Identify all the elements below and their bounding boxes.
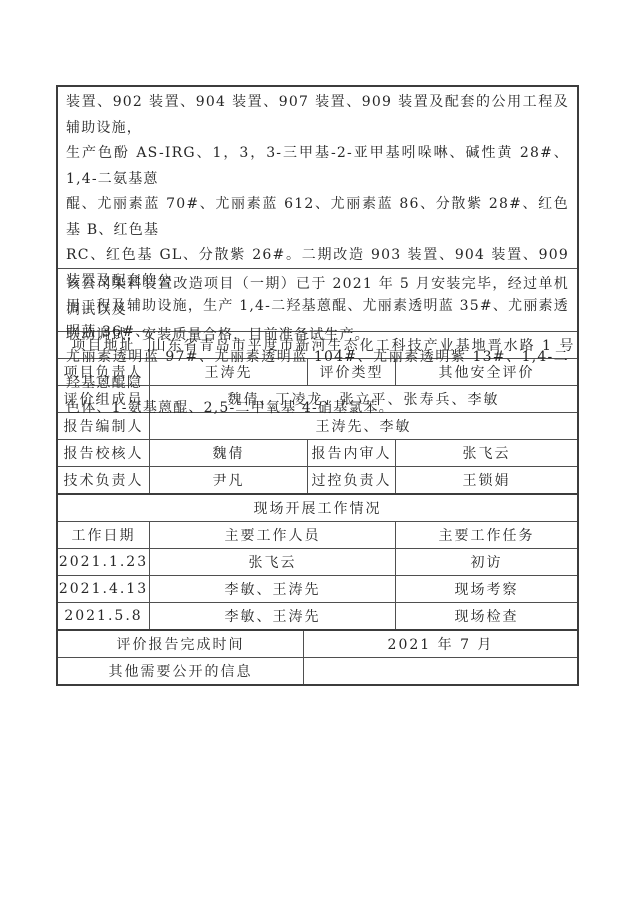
internal-reviewer-value: 张飞云 bbox=[395, 440, 577, 466]
work-date: 2021.5.8 bbox=[58, 603, 149, 629]
eval-type-value: 其他安全评价 bbox=[395, 359, 577, 385]
work-date: 2021.4.13 bbox=[58, 576, 149, 602]
work-task-header: 主要工作任务 bbox=[395, 522, 577, 548]
project-scope-paragraph: 装置、902 装置、904 装置、907 装置、909 装置及配套的公用工程及辅… bbox=[58, 87, 577, 268]
site-work-row-2: 2021.4.13 李敏、王涛先 现场考察 bbox=[58, 575, 577, 602]
project-address-label: 项目地址 bbox=[58, 332, 149, 358]
project-manager-label: 项目负责人 bbox=[58, 359, 149, 385]
work-people: 张飞云 bbox=[149, 549, 395, 575]
work-task: 现场考察 bbox=[395, 576, 577, 602]
report-proofreader-label: 报告校核人 bbox=[58, 440, 149, 466]
site-work-section-row: 现场开展工作情况 bbox=[58, 493, 577, 521]
project-status-paragraph: 该公司染料装置改造项目（一期）已于 2021 年 5 月安装完毕，经过单机调试以… bbox=[58, 269, 577, 331]
internal-reviewer-label: 报告内审人 bbox=[307, 440, 395, 466]
eval-team-label: 评价组成员 bbox=[58, 386, 149, 412]
other-public-info-row: 其他需要公开的信息 bbox=[58, 657, 577, 684]
work-task: 初访 bbox=[395, 549, 577, 575]
tech-lead-label: 技术负责人 bbox=[58, 467, 149, 493]
site-work-row-1: 2021.1.23 张飞云 初访 bbox=[58, 548, 577, 575]
project-address-value: 山东省青岛市平度市新河生态化工科技产业基地晋水路 1 号 bbox=[149, 332, 577, 358]
completion-date-row: 评价报告完成时间 2021 年 7 月 bbox=[58, 629, 577, 657]
project-manager-row: 项目负责人 王涛先 评价类型 其他安全评价 bbox=[58, 358, 577, 385]
report-proofreader-value: 魏倩 bbox=[149, 440, 307, 466]
report-writer-label: 报告编制人 bbox=[58, 413, 149, 439]
report-writer-row: 报告编制人 王涛先、李敏 bbox=[58, 412, 577, 439]
eval-team-row: 评价组成员 魏倩、丁凌龙、张立平、张寿兵、李敏 bbox=[58, 385, 577, 412]
report-writer-value: 王涛先、李敏 bbox=[149, 413, 577, 439]
work-people: 李敏、王涛先 bbox=[149, 576, 395, 602]
completion-date-value: 2021 年 7 月 bbox=[303, 631, 577, 657]
project-status-row: 该公司染料装置改造项目（一期）已于 2021 年 5 月安装完毕，经过单机调试以… bbox=[58, 268, 577, 331]
work-people-header: 主要工作人员 bbox=[149, 522, 395, 548]
work-task: 现场检查 bbox=[395, 603, 577, 629]
site-work-section-title: 现场开展工作情况 bbox=[58, 495, 577, 521]
tech-lead-value: 尹凡 bbox=[149, 467, 307, 493]
report-proofreader-row: 报告校核人 魏倩 报告内审人 张飞云 bbox=[58, 439, 577, 466]
project-manager-value: 王涛先 bbox=[149, 359, 307, 385]
project-address-row: 项目地址 山东省青岛市平度市新河生态化工科技产业基地晋水路 1 号 bbox=[58, 331, 577, 358]
process-lead-value: 王锁娟 bbox=[395, 467, 577, 493]
eval-type-label: 评价类型 bbox=[307, 359, 395, 385]
work-date-header: 工作日期 bbox=[58, 522, 149, 548]
other-public-info-label: 其他需要公开的信息 bbox=[58, 658, 303, 684]
work-people: 李敏、王涛先 bbox=[149, 603, 395, 629]
completion-date-label: 评价报告完成时间 bbox=[58, 631, 303, 657]
site-work-row-3: 2021.5.8 李敏、王涛先 现场检查 bbox=[58, 602, 577, 629]
safety-assessment-info-table: 装置、902 装置、904 装置、907 装置、909 装置及配套的公用工程及辅… bbox=[56, 85, 579, 686]
other-public-info-value bbox=[303, 658, 577, 684]
site-work-header-row: 工作日期 主要工作人员 主要工作任务 bbox=[58, 521, 577, 548]
eval-team-value: 魏倩、丁凌龙、张立平、张寿兵、李敏 bbox=[149, 386, 577, 412]
work-date: 2021.1.23 bbox=[58, 549, 149, 575]
tech-lead-row: 技术负责人 尹凡 过控负责人 王锁娟 bbox=[58, 466, 577, 493]
process-lead-label: 过控负责人 bbox=[307, 467, 395, 493]
project-scope-row: 装置、902 装置、904 装置、907 装置、909 装置及配套的公用工程及辅… bbox=[58, 87, 577, 268]
